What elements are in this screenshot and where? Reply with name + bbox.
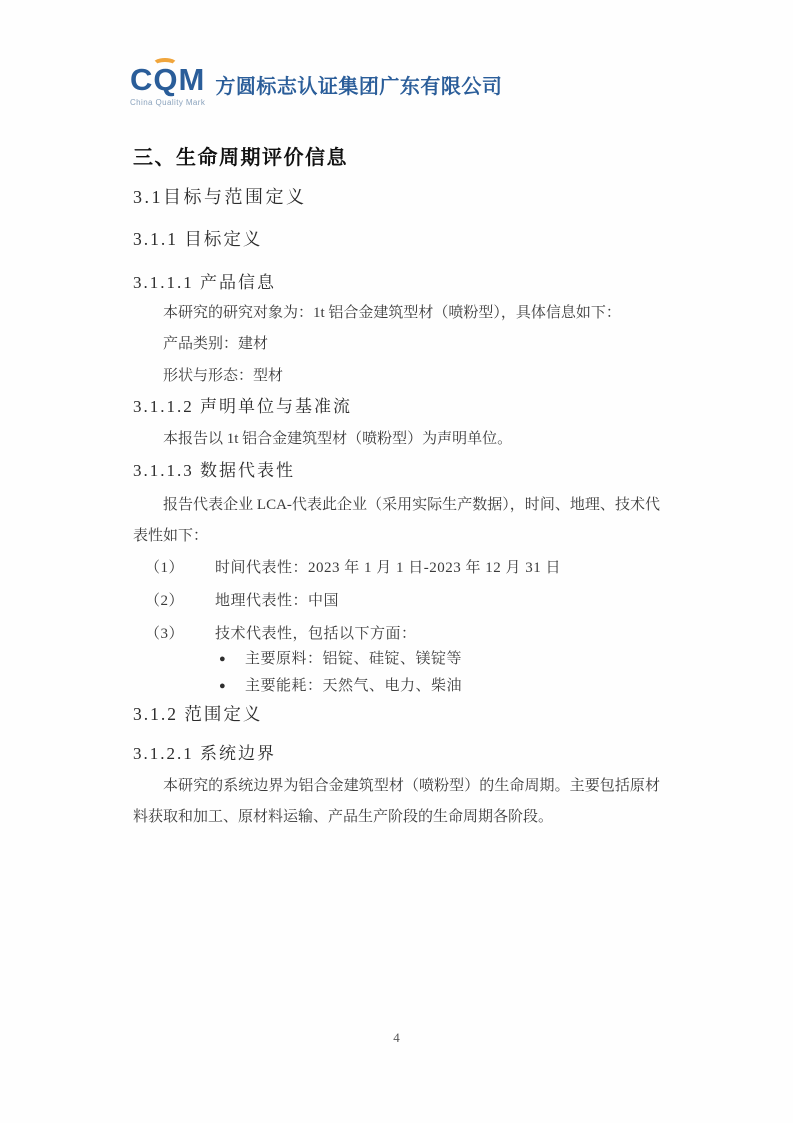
bullet-item: ● 主要原料：铝锭、硅锭、镁锭等 — [133, 646, 660, 673]
section-3-1-1-2-heading: 3.1.1.2 声明单位与基准流 — [133, 392, 660, 417]
bullet-item: ● 主要能耗：天然气、电力、柴油 — [133, 673, 660, 700]
numbered-item-text: 时间代表性：2023 年 1 月 1 日-2023 年 12 月 31 日 — [215, 560, 561, 576]
numbered-item-text: 技术代表性，包括以下方面： — [215, 626, 417, 642]
numbered-item: （2） 地理代表性：中国 — [133, 585, 660, 618]
logo-arc-icon — [152, 58, 178, 72]
section-3-1-1-heading: 3.1.1 目标定义 — [133, 226, 660, 251]
numbered-list: （1） 时间代表性：2023 年 1 月 1 日-2023 年 12 月 31 … — [133, 552, 660, 651]
numbered-item: （1） 时间代表性：2023 年 1 月 1 日-2023 年 12 月 31 … — [133, 552, 660, 585]
company-name: 方圆标志认证集团广东有限公司 — [215, 70, 502, 99]
bullet-item-text: 主要能耗：天然气、电力、柴油 — [245, 678, 462, 694]
page-footer: 4 — [0, 1030, 793, 1046]
page-number: 4 — [0, 1030, 793, 1046]
paragraph-representativeness: 报告代表企业 LCA-代表此企业（采用实际生产数据），时间、地理、技术代表性如下… — [133, 490, 660, 552]
bullet-item-text: 主要原料：铝锭、硅锭、镁锭等 — [245, 651, 462, 667]
section-3-1-heading: 3.1目标与范围定义 — [133, 183, 660, 209]
document-page: CQM China Quality Mark 方圆标志认证集团广东有限公司 三、… — [0, 0, 793, 1123]
cqm-logo: CQM China Quality Mark — [130, 64, 205, 107]
bullet-icon: ● — [219, 673, 226, 700]
numbered-item-label: （2） — [145, 585, 184, 618]
numbered-item-label: （1） — [145, 552, 184, 585]
paragraph-system-boundary: 本研究的系统边界为铝合金建筑型材（喷粉型）的生命周期。主要包括原材料获取和加工、… — [133, 771, 660, 833]
page-header: CQM China Quality Mark 方圆标志认证集团广东有限公司 — [130, 64, 502, 107]
numbered-item-text: 地理代表性：中国 — [215, 593, 339, 609]
paragraph-product-intro: 本研究的研究对象为：1t 铝合金建筑型材（喷粉型），具体信息如下： — [133, 298, 660, 329]
paragraph-product-shape: 形状与形态：型材 — [133, 361, 660, 392]
section-3-1-1-3-heading: 3.1.1.3 数据代表性 — [133, 456, 660, 481]
paragraph-declared-unit: 本报告以 1t 铝合金建筑型材（喷粉型）为声明单位。 — [133, 424, 660, 455]
paragraph-product-category: 产品类别：建材 — [133, 329, 660, 360]
bullet-icon: ● — [219, 646, 226, 673]
section-3-1-2-heading: 3.1.2 范围定义 — [133, 701, 660, 726]
section-3-1-1-1-heading: 3.1.1.1 产品信息 — [133, 268, 660, 293]
chapter-title: 三、生命周期评价信息 — [133, 141, 660, 170]
section-3-1-2-1-heading: 3.1.2.1 系统边界 — [133, 739, 660, 764]
bullet-list: ● 主要原料：铝锭、硅锭、镁锭等 ● 主要能耗：天然气、电力、柴油 — [133, 646, 660, 699]
logo-tagline: China Quality Mark — [130, 98, 205, 107]
